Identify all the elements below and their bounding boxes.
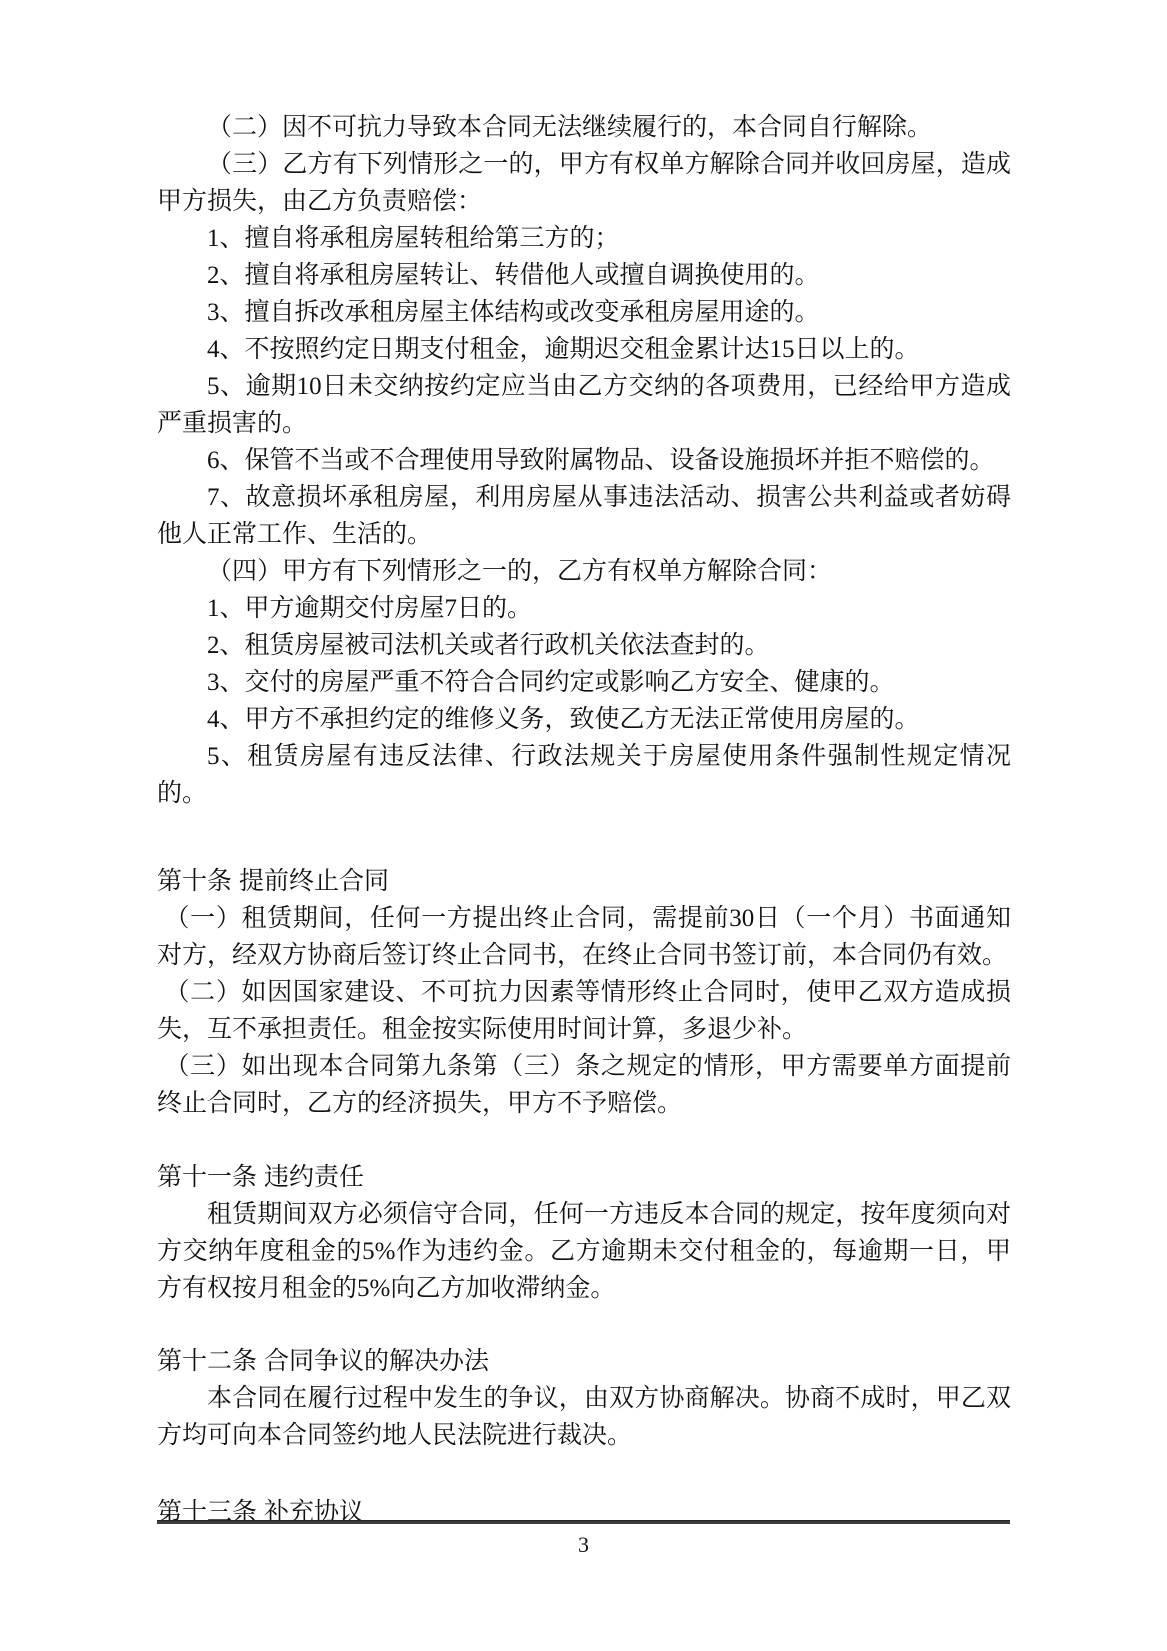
clause-10-3-paragraph: （三）如出现本合同第九条第（三）条之规定的情形，甲方需要单方面提前终止合同时，乙… xyxy=(157,1048,1011,1122)
clause-9-3-item-1: 1、擅自将承租房屋转租给第三方的； xyxy=(157,220,1011,257)
clause-9-4-item-1: 1、甲方逾期交付房屋7日的。 xyxy=(157,590,1011,627)
clause-9-4-paragraph: （四）甲方有下列情形之一的，乙方有权单方解除合同： xyxy=(157,553,1011,590)
clause-9-3-item-2: 2、擅自将承租房屋转让、转借他人或擅自调换使用的。 xyxy=(157,257,1011,294)
clause-9-3-item-5: 5、逾期10日未交纳按约定应当由乙方交纳的各项费用，已经给甲方造成严重损害的。 xyxy=(157,368,1011,442)
clause-9-3-item-7: 7、故意损坏承租房屋，利用房屋从事违法活动、损害公共利益或者妨碍他人正常工作、生… xyxy=(157,479,1011,553)
clause-9-2-paragraph: （二）因不可抗力导致本合同无法继续履行的，本合同自行解除。 xyxy=(157,109,1011,146)
article-10-heading: 第十条 提前终止合同 xyxy=(157,863,1011,900)
clause-9-4-item-4: 4、甲方不承担约定的维修义务，致使乙方无法正常使用房屋的。 xyxy=(157,701,1011,738)
clause-9-3-item-4: 4、不按照约定日期支付租金，逾期迟交租金累计达15日以上的。 xyxy=(157,331,1011,368)
clause-11-paragraph: 租赁期间双方必须信守合同，任何一方违反本合同的规定，按年度须向对方交纳年度租金的… xyxy=(157,1196,1011,1307)
clause-9-3-item-3: 3、擅自拆改承租房屋主体结构或改变承租房屋用途的。 xyxy=(157,294,1011,331)
footer-rule xyxy=(157,1520,1010,1524)
clause-10-2-paragraph: （二）如因国家建设、不可抗力因素等情形终止合同时，使甲乙双方造成损失，互不承担责… xyxy=(157,974,1011,1048)
clause-9-4-item-5: 5、租赁房屋有违反法律、行政法规关于房屋使用条件强制性规定情况的。 xyxy=(157,738,1011,812)
clause-9-3-item-6: 6、保管不当或不合理使用导致附属物品、设备设施损坏并拒不赔偿的。 xyxy=(157,442,1011,479)
article-12-heading: 第十二条 合同争议的解决办法 xyxy=(157,1343,1011,1380)
clause-10-1-paragraph: （一）租赁期间，任何一方提出终止合同，需提前30日（一个月）书面通知对方，经双方… xyxy=(157,900,1011,974)
contract-body: （二）因不可抗力导致本合同无法继续履行的，本合同自行解除。 （三）乙方有下列情形… xyxy=(0,0,1167,1531)
clause-9-4-item-3: 3、交付的房屋严重不符合合同约定或影响乙方安全、健康的。 xyxy=(157,664,1011,701)
clause-9-3-paragraph: （三）乙方有下列情形之一的，甲方有权单方解除合同并收回房屋，造成甲方损失，由乙方… xyxy=(157,146,1011,220)
clause-9-4-item-2: 2、租赁房屋被司法机关或者行政机关依法查封的。 xyxy=(157,627,1011,664)
article-13-heading: 第十三条 补充协议 xyxy=(157,1494,1011,1531)
page-number: 3 xyxy=(0,1530,1167,1560)
article-11-heading: 第十一条 违约责任 xyxy=(157,1159,1011,1196)
clause-12-paragraph: 本合同在履行过程中发生的争议，由双方协商解决。协商不成时，甲乙双方均可向本合同签… xyxy=(157,1380,1011,1454)
document-page: （二）因不可抗力导致本合同无法继续履行的，本合同自行解除。 （三）乙方有下列情形… xyxy=(0,0,1167,1651)
